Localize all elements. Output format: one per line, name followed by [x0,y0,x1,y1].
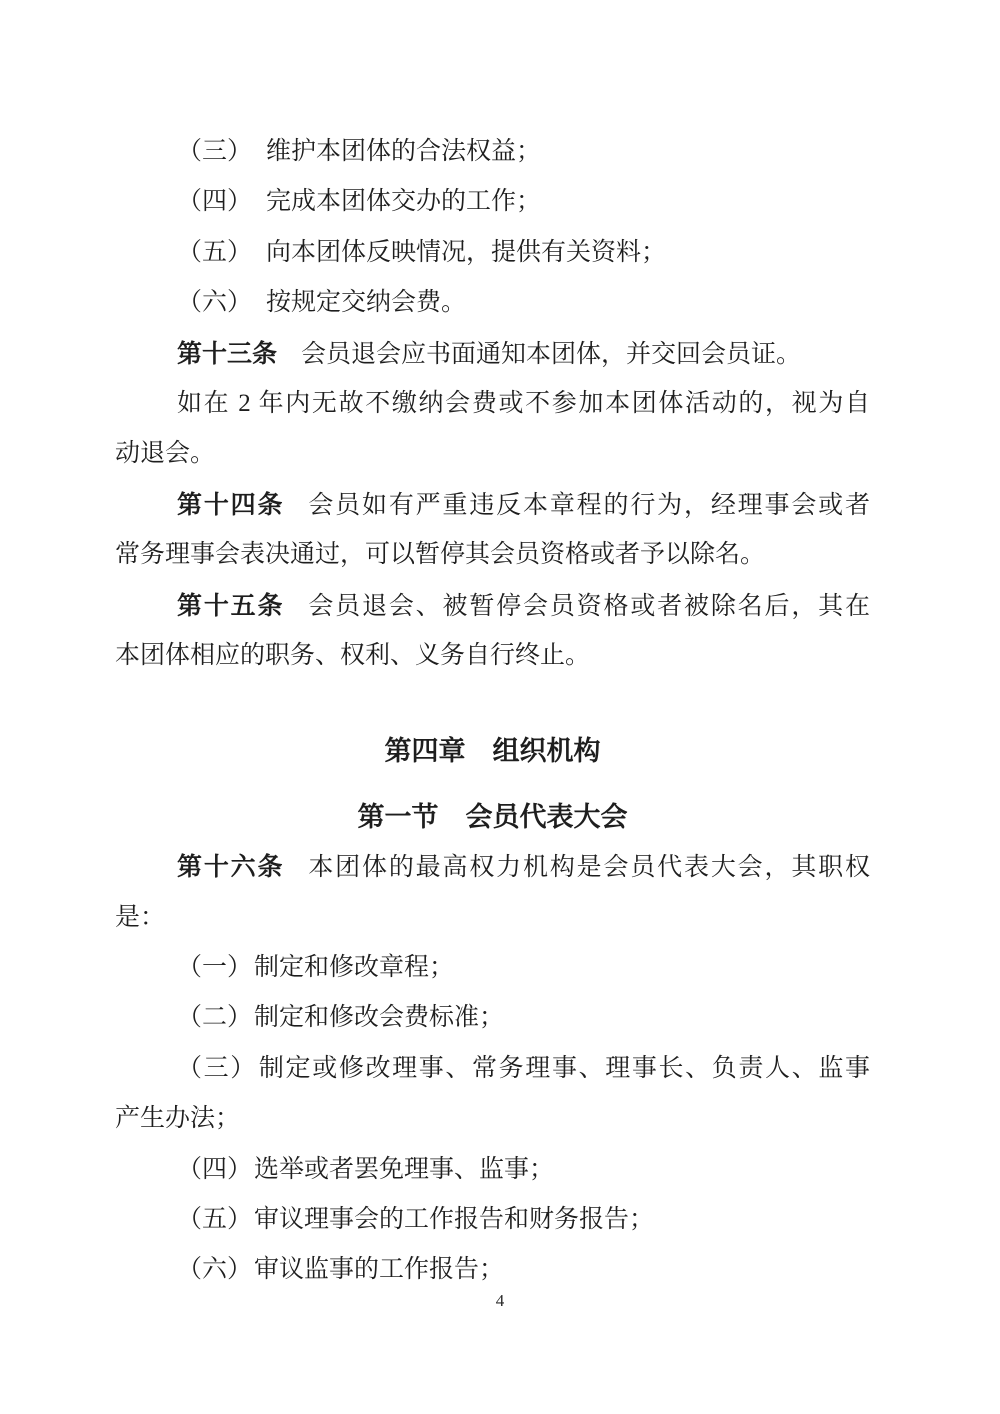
article-text: 会员退会应书面通知本团体，并交回会员证。 [301,341,801,368]
paragraph-text: 常务理事会表决通过，可以暂停其会员资格或者予以除名。 [115,541,765,568]
item-text: 完成本团体交办的工作； [266,188,541,215]
item-number: （一） [177,954,252,981]
article-number: 第十三条 [177,340,277,368]
list-item: （三）维护本团体的合法权益； [115,127,870,177]
item-text: 审议监事的工作报告； [254,1256,504,1283]
list-item: （六）按规定交纳会费。 [115,278,870,328]
item-number: （二） [177,1004,252,1031]
item-text: 向本团体反映情况，提供有关资料； [266,239,666,266]
item-number: （四） [177,188,252,215]
item-text: 维护本团体的合法权益； [266,138,541,165]
item-text: 制定或修改理事、常务理事、理事长、负责人、监事 [259,1055,870,1082]
list-item: （五）审议理事会的工作报告和财务报告； [115,1195,870,1245]
paragraph-line: 产生办法； [115,1094,870,1144]
article-line: 第十三条会员退会应书面通知本团体，并交回会员证。 [115,329,870,379]
article-text: 会员如有严重违反本章程的行为，经理事会或者 [308,492,870,519]
item-number: （三） [177,138,252,165]
document-body: （三）维护本团体的合法权益； （四）完成本团体交办的工作； （五）向本团体反映情… [115,127,870,1296]
item-number: （五） [177,1206,252,1233]
list-item: （三）制定或修改理事、常务理事、理事长、负责人、监事 [115,1044,870,1094]
article-number: 第十五条 [177,592,284,620]
item-number: （五） [177,239,252,266]
chapter-heading: 第四章 组织机构 [115,726,870,776]
item-text: 按规定交纳会费。 [266,289,466,316]
paragraph-line: 动退会。 [115,429,870,479]
item-number: （四） [177,1156,252,1183]
item-text: 制定和修改会费标准； [254,1004,504,1031]
item-text: 制定和修改章程； [254,954,454,981]
paragraph-line: 如在 2 年内无故不缴纳会费或不参加本团体活动的，视为自 [115,379,870,429]
paragraph-text: 动退会。 [115,440,215,467]
article-text: 会员退会、被暂停会员资格或者被除名后，其在 [308,593,870,620]
paragraph-text: 本团体相应的职务、权利、义务自行终止。 [115,642,590,669]
document-page: （三）维护本团体的合法权益； （四）完成本团体交办的工作； （五）向本团体反映情… [0,0,1000,1414]
list-item: （五）向本团体反映情况，提供有关资料； [115,228,870,278]
article-number: 第十六条 [177,853,284,881]
article-text: 本团体的最高权力机构是会员代表大会，其职权 [308,854,870,881]
paragraph-line: 是： [115,893,870,943]
article-line: 第十四条会员如有严重违反本章程的行为，经理事会或者 [115,480,870,530]
article-number: 第十四条 [177,491,284,519]
item-number: （六） [177,289,252,316]
paragraph-line: 本团体相应的职务、权利、义务自行终止。 [115,631,870,681]
item-number: （三） [177,1055,257,1082]
page-number: 4 [0,1286,1000,1316]
article-line: 第十六条本团体的最高权力机构是会员代表大会，其职权 [115,842,870,892]
paragraph-text: 是： [115,904,165,931]
paragraph-text: 产生办法； [115,1105,240,1132]
item-text: 审议理事会的工作报告和财务报告； [254,1206,654,1233]
section-heading: 第一节 会员代表大会 [115,792,870,842]
list-item: （四）完成本团体交办的工作； [115,177,870,227]
item-text: 选举或者罢免理事、监事； [254,1156,554,1183]
item-number: （六） [177,1256,252,1283]
list-item: （一）制定和修改章程； [115,943,870,993]
paragraph-text: 如在 2 年内无故不缴纳会费或不参加本团体活动的，视为自 [177,390,870,417]
paragraph-line: 常务理事会表决通过，可以暂停其会员资格或者予以除名。 [115,530,870,580]
article-line: 第十五条会员退会、被暂停会员资格或者被除名后，其在 [115,581,870,631]
list-item: （四）选举或者罢免理事、监事； [115,1145,870,1195]
list-item: （二）制定和修改会费标准； [115,993,870,1043]
